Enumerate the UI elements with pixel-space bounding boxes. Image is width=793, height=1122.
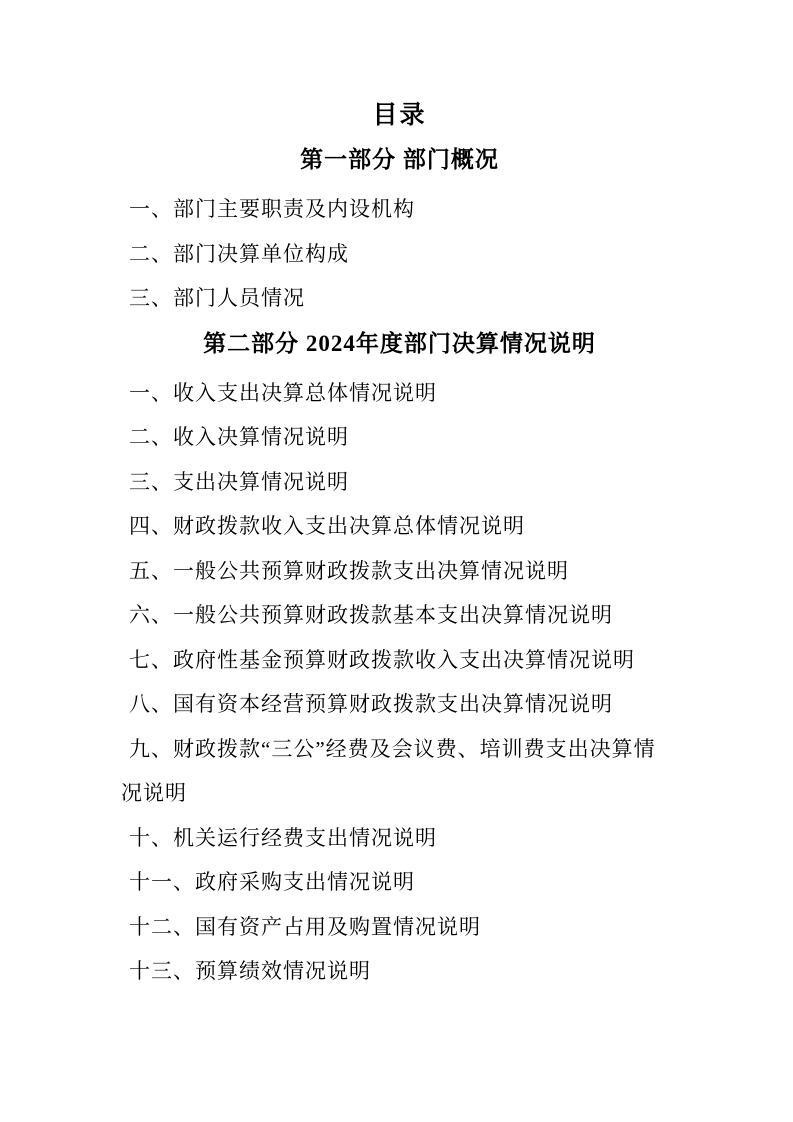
toc-list: 一、收入支出决算总体情况说明二、收入决算情况说明三、支出决算情况说明四、财政拨款… [121, 371, 678, 994]
section-heading: 第二部分 2024年度部门决算情况说明 [121, 330, 678, 358]
toc-title: 目录 [121, 99, 678, 131]
toc-item: 十二、国有资产占用及购置情况说明 [121, 905, 678, 950]
toc-section: 第一部分 部门概况一、部门主要职责及内设机构二、部门决算单位构成三、部门人员情况 [121, 146, 678, 321]
toc-sections: 第一部分 部门概况一、部门主要职责及内设机构二、部门决算单位构成三、部门人员情况… [121, 146, 678, 994]
toc-item: 一、收入支出决算总体情况说明 [121, 371, 678, 416]
toc-item: 十三、预算绩效情况说明 [121, 949, 678, 994]
page-content: 目录 第一部分 部门概况一、部门主要职责及内设机构二、部门决算单位构成三、部门人… [0, 0, 793, 994]
toc-item: 三、支出决算情况说明 [121, 460, 678, 505]
toc-item: 八、国有资本经营预算财政拨款支出决算情况说明 [121, 682, 678, 727]
toc-item: 五、一般公共预算财政拨款支出决算情况说明 [121, 549, 678, 594]
toc-item: 九、财政拨款“三公”经费及会议费、培训费支出决算情 [121, 727, 678, 772]
toc-item: 十、机关运行经费支出情况说明 [121, 816, 678, 861]
document-page: 目录 第一部分 部门概况一、部门主要职责及内设机构二、部门决算单位构成三、部门人… [0, 0, 793, 1122]
toc-item: 十一、政府采购支出情况说明 [121, 860, 678, 905]
toc-item: 二、收入决算情况说明 [121, 415, 678, 460]
toc-list: 一、部门主要职责及内设机构二、部门决算单位构成三、部门人员情况 [121, 187, 678, 321]
toc-item: 一、部门主要职责及内设机构 [121, 187, 678, 232]
toc-item: 二、部门决算单位构成 [121, 232, 678, 277]
section-heading: 第一部分 部门概况 [121, 146, 678, 174]
toc-item: 七、政府性基金预算财政拨款收入支出决算情况说明 [121, 638, 678, 683]
toc-item: 三、部门人员情况 [121, 276, 678, 321]
toc-item-continuation: 况说明 [121, 771, 678, 816]
toc-section: 第二部分 2024年度部门决算情况说明一、收入支出决算总体情况说明二、收入决算情… [121, 330, 678, 994]
toc-item: 四、财政拨款收入支出决算总体情况说明 [121, 504, 678, 549]
toc-item: 六、一般公共预算财政拨款基本支出决算情况说明 [121, 593, 678, 638]
